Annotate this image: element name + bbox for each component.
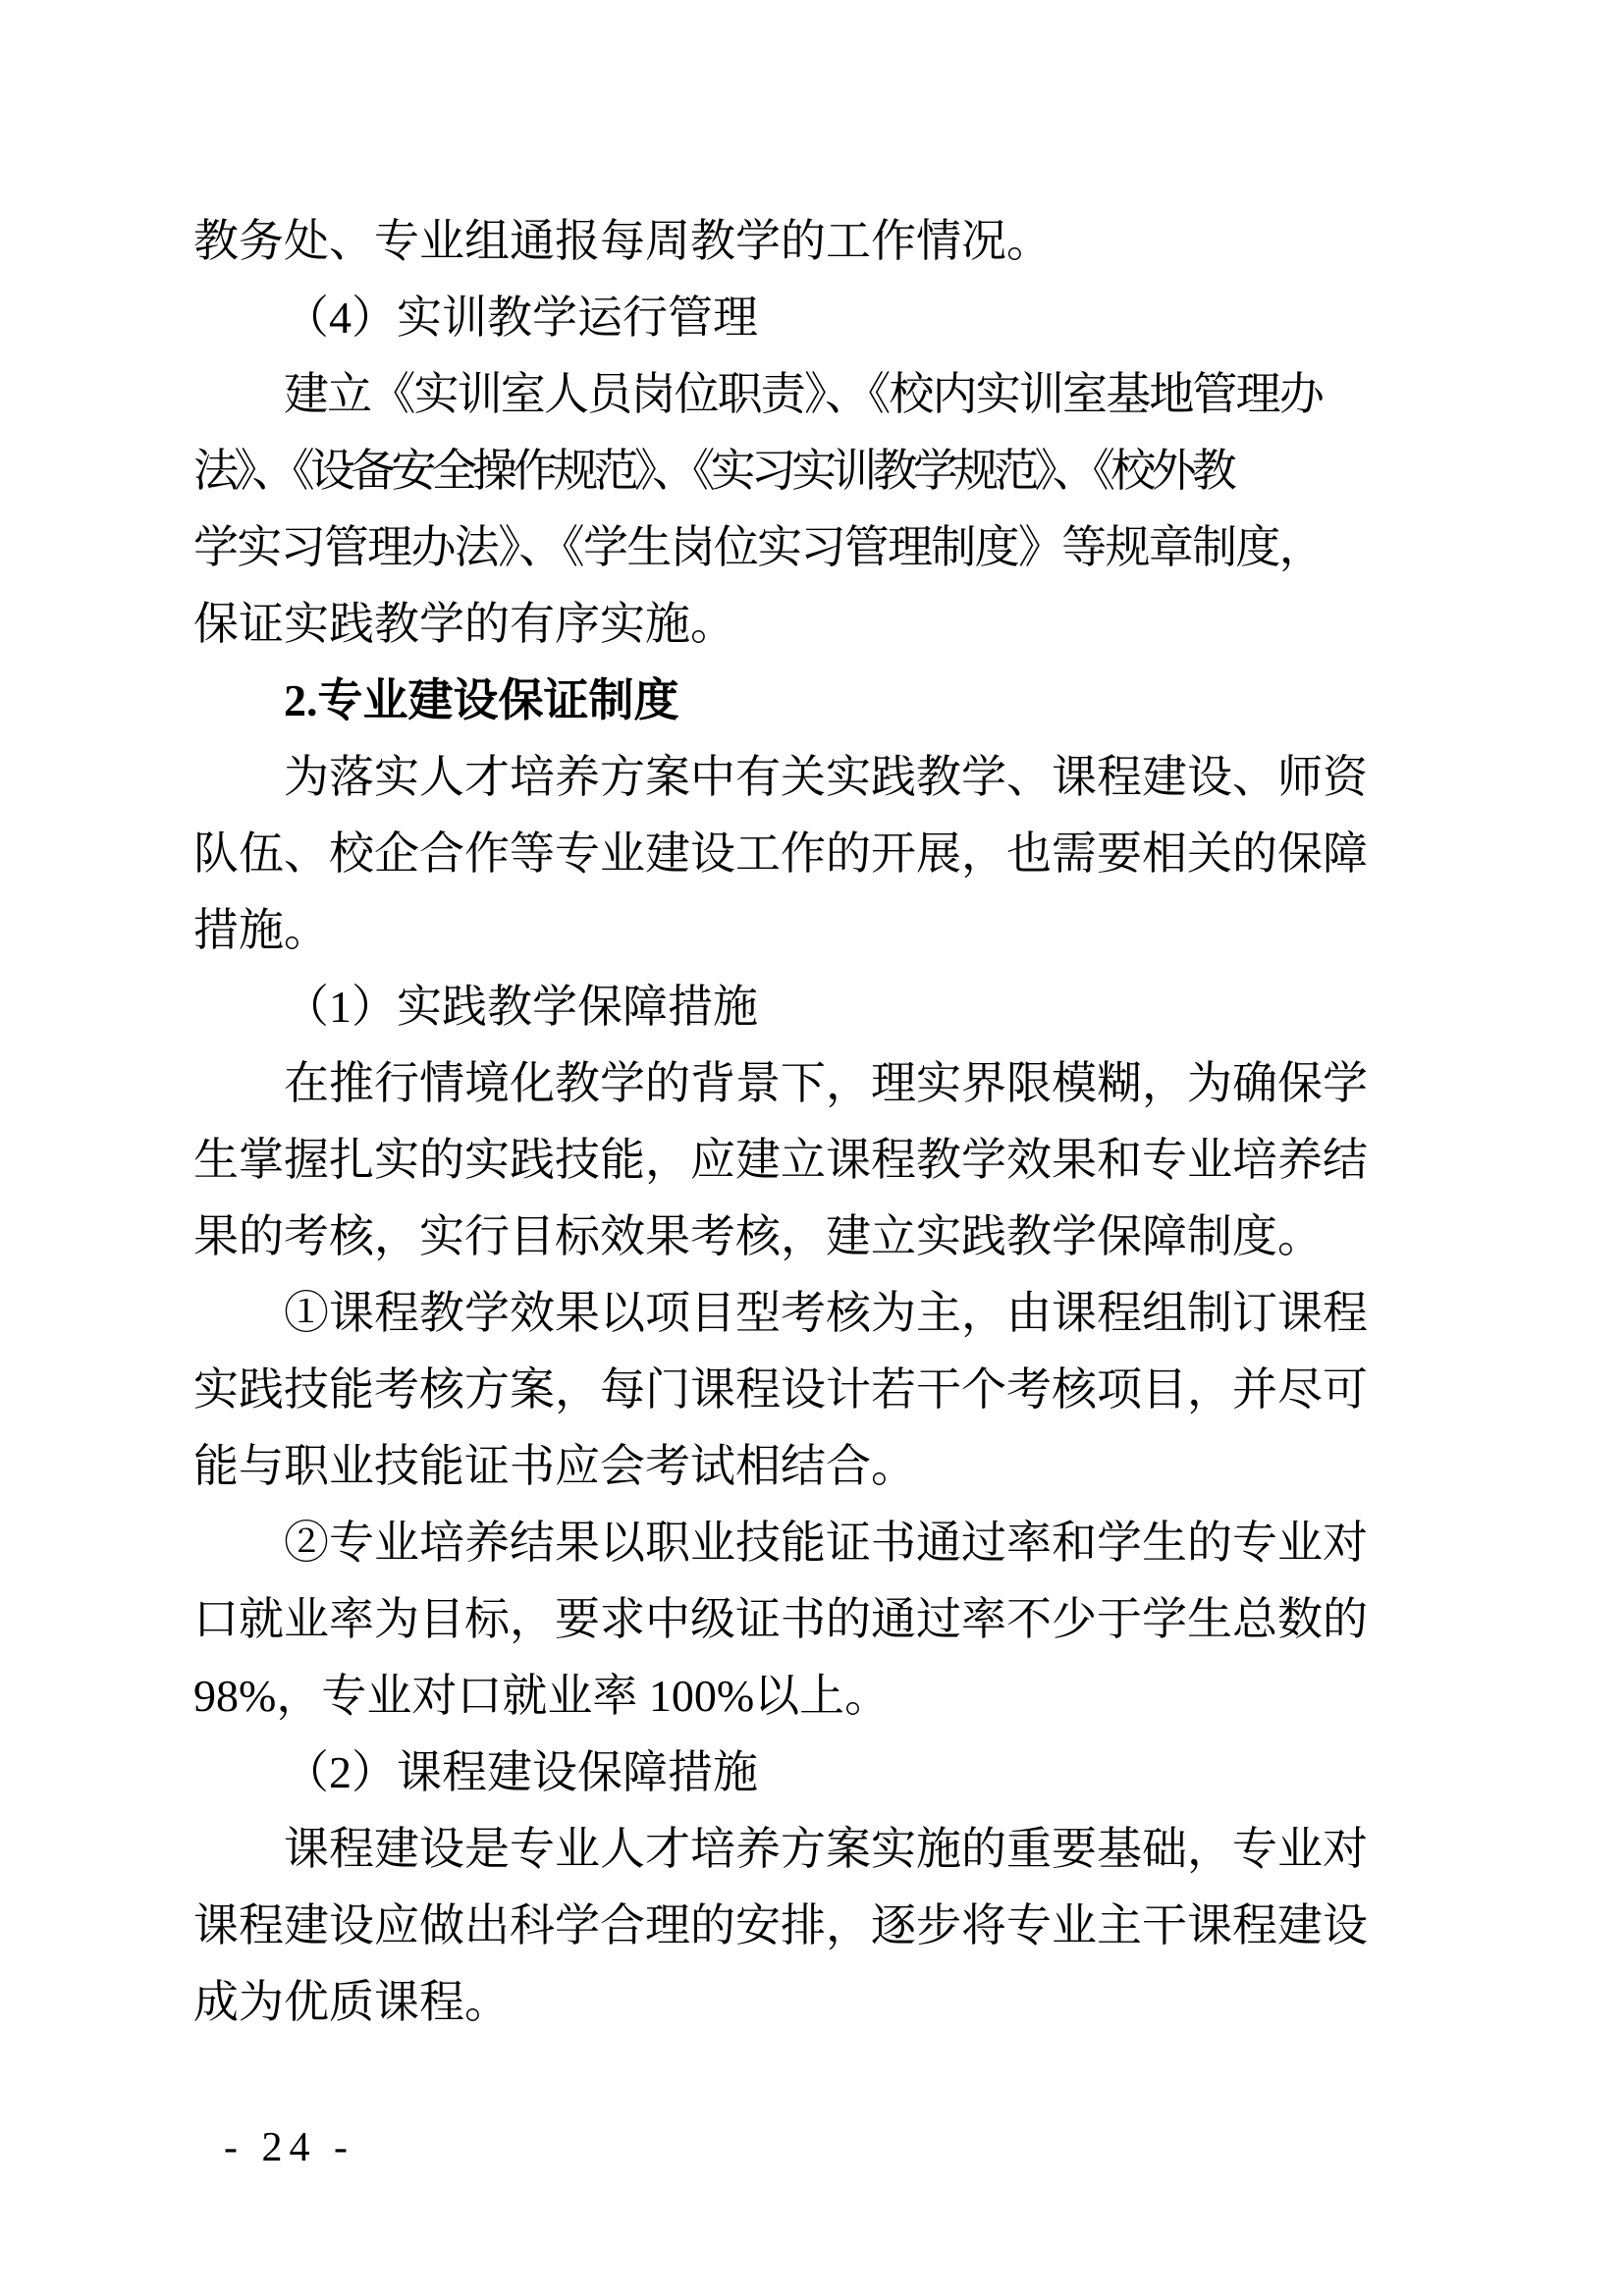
body-line-4: 法》、《设备安全操作规范》、《实习实训教学规范》、《校外教: [193, 433, 1368, 509]
body-line-23: 课程建设应做出科学合理的安排，逐步将专业主干课程建设: [193, 1888, 1368, 1964]
body-line-14: 果的考核，实行目标效果考核，建立实践教学保障制度。: [193, 1199, 1368, 1275]
document-page: 教务处、专业组通报每周教学的工作情况。（4）实训教学运行管理建立《实训室人员岗位…: [0, 0, 1624, 2296]
body-line-10: 措施。: [193, 892, 1368, 969]
body-line-6: 保证实践教学的有序实施。: [193, 586, 1368, 663]
body-line-3: 建立《实训室人员岗位职责》、《校内实训室基地管理办: [193, 356, 1368, 433]
subsection-heading-2b: （2）课程建设保障措施: [193, 1735, 1368, 1811]
body-line-18: ②专业培养结果以职业技能证书通过率和学生的专业对: [193, 1505, 1368, 1581]
body-line-13: 生掌握扎实的实践技能，应建立课程教学效果和专业培养结: [193, 1122, 1368, 1199]
body-line-19: 口就业率为目标，要求中级证书的通过率不少于学生总数的: [193, 1581, 1368, 1658]
page-number: - 24 -: [224, 2120, 354, 2175]
body-line-20: 98%，专业对口就业率 100%以上。: [193, 1658, 1368, 1735]
body-line-1: 教务处、专业组通报每周教学的工作情况。: [193, 203, 1368, 280]
subsection-heading-4: （4）实训教学运行管理: [193, 280, 1368, 356]
body-line-15: ①课程教学效果以项目型考核为主，由课程组制订课程: [193, 1275, 1368, 1352]
subsection-heading-1: （1）实践教学保障措施: [193, 969, 1368, 1045]
body-line-17: 能与职业技能证书应会考试相结合。: [193, 1428, 1368, 1505]
body-line-22: 课程建设是专业人才培养方案实施的重要基础，专业对: [193, 1811, 1368, 1888]
body-line-5: 学实习管理办法》、《学生岗位实习管理制度》等规章制度，: [193, 509, 1368, 586]
body-line-24: 成为优质课程。: [193, 1964, 1368, 2041]
body-line-9: 队伍、校企合作等专业建设工作的开展，也需要相关的保障: [193, 816, 1368, 892]
document-body: 教务处、专业组通报每周教学的工作情况。（4）实训教学运行管理建立《实训室人员岗位…: [193, 203, 1368, 2041]
body-line-12: 在推行情境化教学的背景下，理实界限模糊，为确保学: [193, 1045, 1368, 1122]
body-line-8: 为落实人才培养方案中有关实践教学、课程建设、师资: [193, 739, 1368, 816]
body-line-16: 实践技能考核方案，每门课程设计若干个考核项目，并尽可: [193, 1352, 1368, 1428]
section-heading-2: 2.专业建设保证制度: [193, 663, 1368, 739]
